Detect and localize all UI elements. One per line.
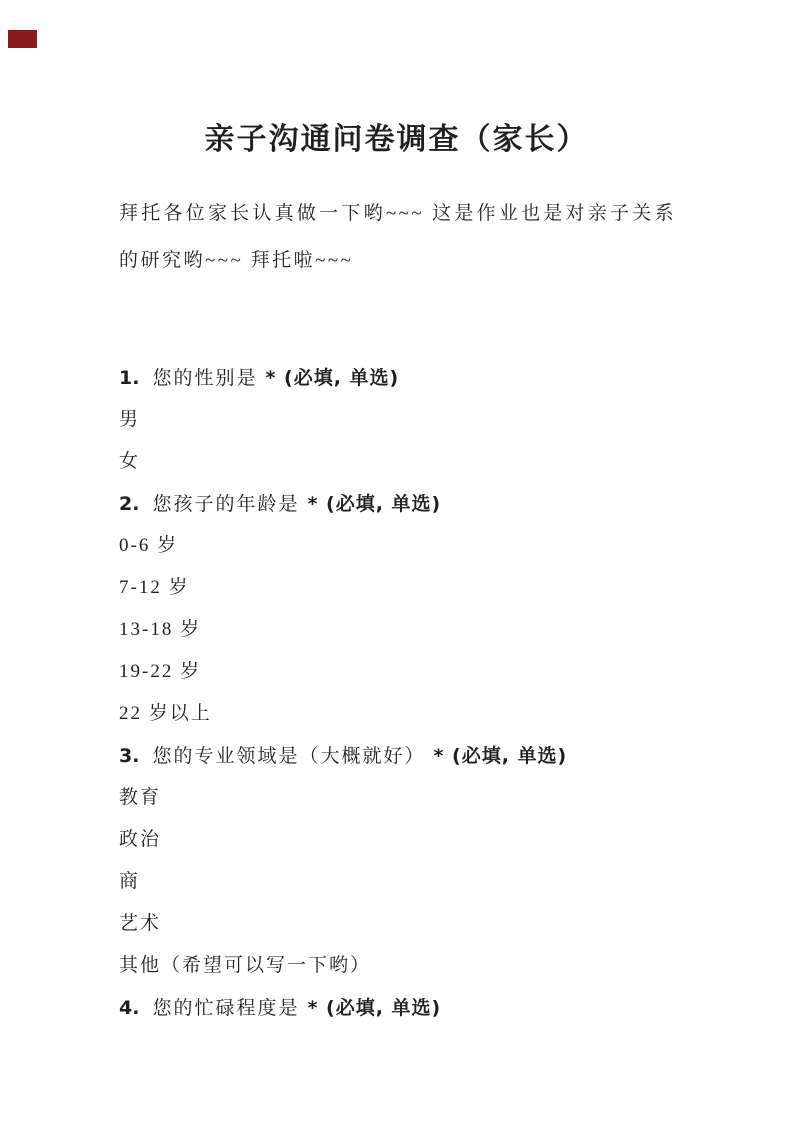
option-field-politics: 政治 <box>119 819 759 861</box>
question-3-text: 您的专业领域是（大概就好） <box>152 746 425 767</box>
question-3: 3.您的专业领域是（大概就好）* (必填, 单选) <box>119 735 759 777</box>
question-4: 4.您的忙碌程度是* (必填, 单选) <box>119 987 759 1029</box>
option-field-other: 其他（希望可以写一下哟） <box>119 945 759 987</box>
question-3-number: 3. <box>119 745 139 767</box>
option-age-7-12: 7-12 岁 <box>119 567 759 609</box>
question-list: 1.您的性别是* (必填, 单选) 男 女 2.您孩子的年龄是* (必填, 单选… <box>119 357 759 1029</box>
question-4-text: 您的忙碌程度是 <box>152 998 299 1019</box>
option-field-art: 艺术 <box>119 903 759 945</box>
intro-paragraph: 拜托各位家长认真做一下哟~~~ 这是作业也是对亲子关系 的研究哟~~~ 拜托啦~… <box>119 190 676 284</box>
question-1-text: 您的性别是 <box>152 368 257 389</box>
option-age-13-18: 13-18 岁 <box>119 609 759 651</box>
question-1-number: 1. <box>119 367 139 389</box>
question-1: 1.您的性别是* (必填, 单选) <box>119 357 759 399</box>
intro-line: 拜托各位家长认真做一下哟~~~ 这是作业也是对亲子关系 <box>119 190 676 237</box>
question-3-required-badge: * (必填, 单选) <box>433 745 567 767</box>
question-4-required-badge: * (必填, 单选) <box>307 997 441 1019</box>
question-2-required-badge: * (必填, 单选) <box>307 493 441 515</box>
option-age-0-6: 0-6 岁 <box>119 525 759 567</box>
option-field-education: 教育 <box>119 777 759 819</box>
option-gender-male: 男 <box>119 399 759 441</box>
option-age-19-22: 19-22 岁 <box>119 651 759 693</box>
question-2-number: 2. <box>119 493 139 515</box>
question-2: 2.您孩子的年龄是* (必填, 单选) <box>119 483 759 525</box>
intro-line: 的研究哟~~~ 拜托啦~~~ <box>119 237 676 284</box>
option-field-business: 商 <box>119 861 759 903</box>
document-page: 亲子沟通问卷调查（家长） 拜托各位家长认真做一下哟~~~ 这是作业也是对亲子关系… <box>0 0 793 1122</box>
question-4-number: 4. <box>119 997 139 1019</box>
question-2-text: 您孩子的年龄是 <box>152 494 299 515</box>
corner-redaction-mark <box>8 30 37 48</box>
option-age-over-22: 22 岁以上 <box>119 693 759 735</box>
option-gender-female: 女 <box>119 441 759 483</box>
document-title: 亲子沟通问卷调查（家长） <box>0 118 793 162</box>
question-1-required-badge: * (必填, 单选) <box>265 367 399 389</box>
